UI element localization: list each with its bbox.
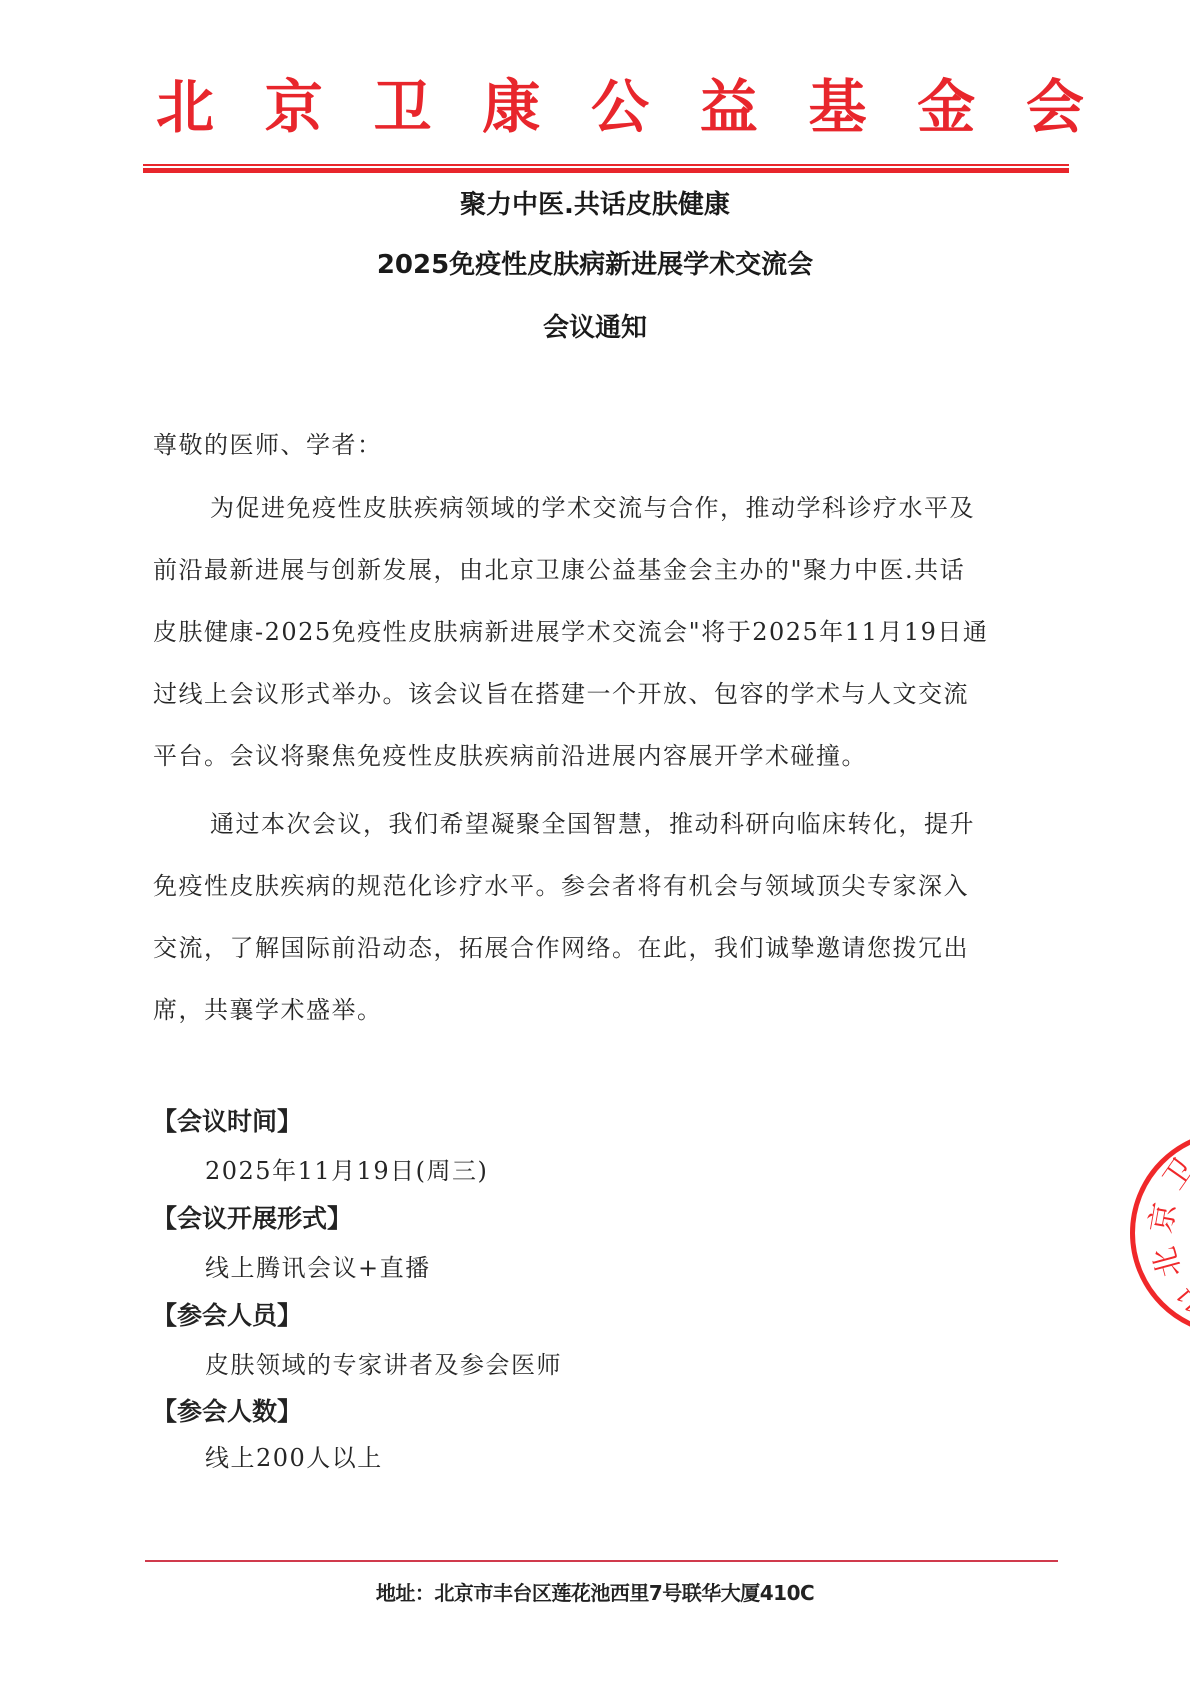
section-value: 线上200人以上 [205, 1442, 383, 1474]
notice-title: 会议通知 [0, 311, 1190, 345]
stamp-glyph: 北 [1150, 1244, 1187, 1281]
stamp-glyph: 卫 [1159, 1153, 1190, 1195]
paragraph-line: 过线上会议形式举办。该会议旨在搭建一个开放、包容的学术与人文交流 [153, 678, 969, 710]
letterhead-char: 卫 [368, 72, 438, 142]
stamp-glyph: 京 [1147, 1201, 1182, 1236]
section-heading: 【会议开展形式】 [152, 1203, 352, 1235]
letterhead-char: 金 [911, 72, 981, 142]
section-value: 2025年11月19日(周三) [205, 1155, 488, 1187]
paragraph-line: 皮肤健康-2025免疫性皮肤病新进展学术交流会"将于2025年11月19日通 [153, 616, 988, 648]
stamp-glyph: 11 [1168, 1281, 1190, 1320]
paragraph-line: 交流，了解国际前沿动态，拓展合作网络。在此，我们诚挚邀请您拨冗出 [153, 932, 969, 964]
letterhead-rule-thick [143, 168, 1069, 173]
section-value: 线上腾讯会议+直播 [205, 1252, 431, 1284]
footer-rule [145, 1560, 1058, 1562]
salutation: 尊敬的医师、学者： [153, 429, 383, 461]
letterhead-org-name: 北 京 卫 康 公 益 基 金 会 [150, 72, 1090, 142]
letterhead-char: 北 [150, 72, 220, 142]
letterhead-char: 京 [259, 72, 329, 142]
paragraph-line: 平台。会议将聚焦免疫性皮肤疾病前沿进展内容展开学术碰撞。 [153, 740, 867, 772]
letterhead-char: 益 [694, 72, 764, 142]
section-value: 皮肤领域的专家讲者及参会医师 [205, 1349, 562, 1381]
official-seal-stamp: 卫 京 北 11 [1130, 1130, 1190, 1336]
paragraph-line: 席，共襄学术盛举。 [153, 994, 383, 1026]
title-line-2: 2025免疫性皮肤病新进展学术交流会 [0, 248, 1190, 282]
paragraph-line: 通过本次会议，我们希望凝聚全国智慧，推动科研向临床转化，提升 [210, 808, 975, 840]
section-heading: 【参会人员】 [152, 1300, 302, 1332]
letterhead-rule-thin [143, 164, 1069, 166]
section-heading: 【参会人数】 [152, 1396, 302, 1428]
paragraph-line: 前沿最新进展与创新发展，由北京卫康公益基金会主办的"聚力中医.共话 [153, 554, 965, 586]
paragraph-line: 免疫性皮肤疾病的规范化诊疗水平。参会者将有机会与领域顶尖专家深入 [153, 870, 969, 902]
letterhead-char: 公 [585, 72, 655, 142]
letterhead-char: 康 [476, 72, 546, 142]
letterhead-char: 基 [803, 72, 873, 142]
title-line-1: 聚力中医.共话皮肤健康 [0, 188, 1190, 222]
letterhead-char: 会 [1020, 72, 1090, 142]
section-heading: 【会议时间】 [152, 1106, 302, 1138]
footer-address: 地址：北京市丰台区莲花池西里7号联华大厦410C [0, 1578, 1190, 1608]
paragraph-line: 为促进免疫性皮肤疾病领域的学术交流与合作，推动学科诊疗水平及 [210, 492, 975, 524]
